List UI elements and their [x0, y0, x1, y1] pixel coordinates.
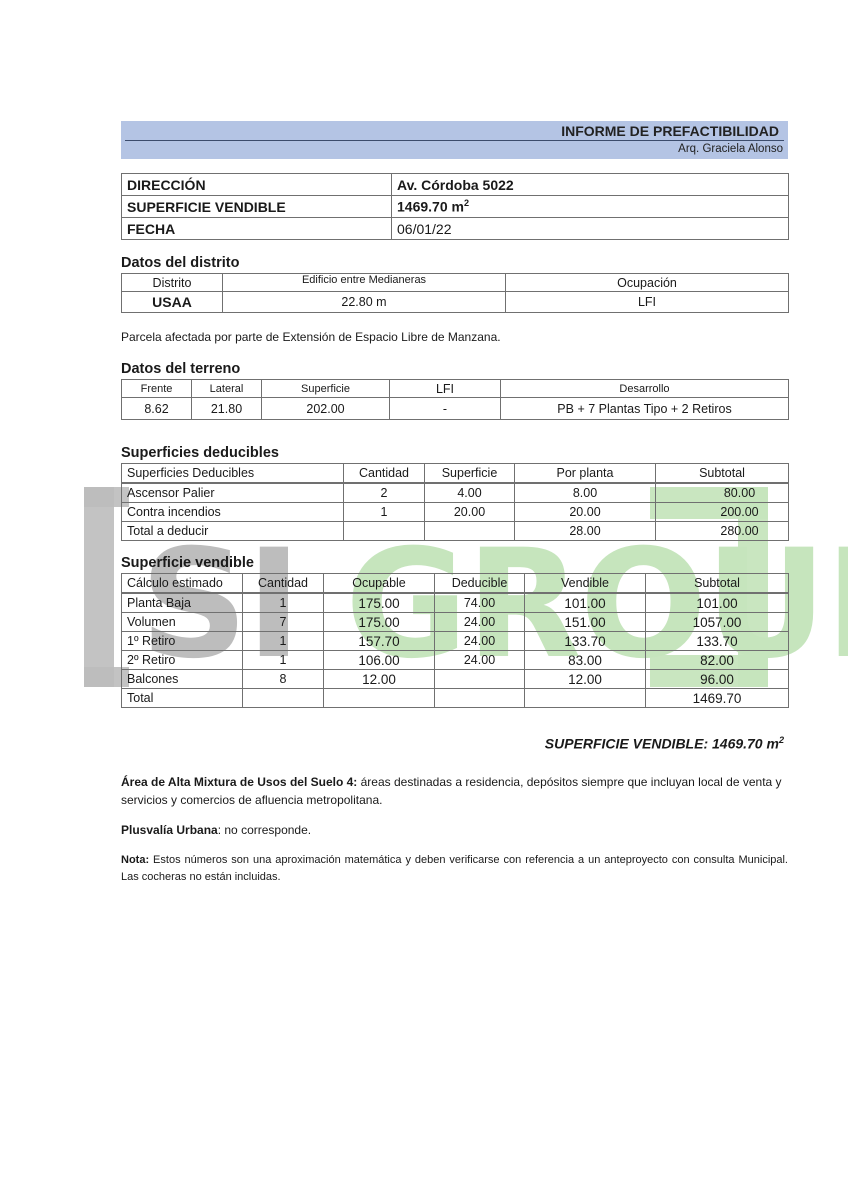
cell: 1469.70 — [646, 689, 789, 708]
vendible-table: Cálculo estimado Cantidad Ocupable Deduc… — [121, 573, 789, 708]
summary-row-fecha: FECHA 06/01/22 — [122, 218, 789, 240]
terreno-header: Lateral — [192, 380, 262, 398]
table-row: Contra incendios 1 20.00 20.00 200.00 — [122, 503, 789, 522]
summary-label: SUPERFICIE VENDIBLE — [122, 196, 392, 218]
cell: 83.00 — [525, 651, 646, 670]
terreno-value: 202.00 — [262, 398, 390, 420]
cell: 1 — [344, 503, 425, 522]
section-title-distrito: Datos del distrito — [121, 255, 239, 271]
terreno-value: 21.80 — [192, 398, 262, 420]
cell: 96.00 — [646, 670, 789, 689]
report-author: Arq. Graciela Alonso — [678, 143, 783, 155]
cell: 1 — [243, 632, 324, 651]
section-title-deducibles: Superficies deducibles — [121, 445, 279, 461]
section-title-vendible: Superficie vendible — [121, 555, 254, 571]
cell — [435, 670, 525, 689]
area-label: Área de Alta Mixtura de Usos del Suelo 4… — [121, 775, 357, 789]
table-row: Balcones 8 12.00 12.00 96.00 — [122, 670, 789, 689]
watermark-bracket-left — [84, 487, 114, 687]
distrito-value-row: USAA 22.80 m LFI — [122, 292, 789, 313]
cell: 101.00 — [525, 593, 646, 613]
distrito-header: Distrito — [122, 274, 223, 292]
table-row-total: Total a deducir 28.00 280.00 — [122, 522, 789, 541]
unit-superscript: 2 — [779, 735, 784, 745]
deducibles-header: Subtotal — [656, 464, 789, 484]
summary-row-superficie: SUPERFICIE VENDIBLE 1469.70 m2 — [122, 196, 789, 218]
cell: 2º Retiro — [122, 651, 243, 670]
section-title-terreno: Datos del terreno — [121, 361, 240, 377]
table-row: Planta Baja 1 175.00 74.00 101.00 101.00 — [122, 593, 789, 613]
cell: 82.00 — [646, 651, 789, 670]
cell: 175.00 — [324, 593, 435, 613]
distrito-table: Distrito Edificio entre Medianeras Ocupa… — [121, 273, 789, 313]
cell: 106.00 — [324, 651, 435, 670]
cell — [344, 522, 425, 541]
terreno-value-row: 8.62 21.80 202.00 - PB + 7 Plantas Tipo … — [122, 398, 789, 420]
distrito-header: Edificio entre Medianeras — [223, 274, 506, 292]
cell: Planta Baja — [122, 593, 243, 613]
cell — [435, 689, 525, 708]
superficie-vendible-total: SUPERFICIE VENDIBLE: 1469.70 m2 — [545, 735, 784, 752]
summary-table: DIRECCIÓN Av. Córdoba 5022 SUPERFICIE VE… — [121, 173, 789, 240]
plusvalia-text: : no corresponde. — [218, 823, 311, 837]
cell — [324, 689, 435, 708]
distrito-note: Parcela afectada por parte de Extensión … — [121, 328, 788, 346]
deducibles-header: Cantidad — [344, 464, 425, 484]
cell: Total — [122, 689, 243, 708]
table-row: 1º Retiro 1 157.70 24.00 133.70 133.70 — [122, 632, 789, 651]
cell: 151.00 — [525, 613, 646, 632]
cell — [425, 522, 515, 541]
deducibles-header: Por planta — [515, 464, 656, 484]
cell: 133.70 — [646, 632, 789, 651]
table-row: Volumen 7 175.00 24.00 151.00 1057.00 — [122, 613, 789, 632]
cell: 157.70 — [324, 632, 435, 651]
summary-value: 06/01/22 — [392, 218, 789, 240]
cell: 8 — [243, 670, 324, 689]
distrito-header-row: Distrito Edificio entre Medianeras Ocupa… — [122, 274, 789, 292]
cell: 24.00 — [435, 632, 525, 651]
cell: 2 — [344, 483, 425, 503]
deducibles-header: Superficies Deducibles — [122, 464, 344, 484]
cell: Contra incendios — [122, 503, 344, 522]
table-row: 2º Retiro 1 106.00 24.00 83.00 82.00 — [122, 651, 789, 670]
total-text: SUPERFICIE VENDIBLE: 1469.70 m — [545, 736, 779, 752]
cell: 1057.00 — [646, 613, 789, 632]
cell: 1º Retiro — [122, 632, 243, 651]
cell: 20.00 — [425, 503, 515, 522]
cell: 24.00 — [435, 613, 525, 632]
paragraph-nota: Nota: Estos números son una aproximación… — [121, 852, 788, 886]
cell: Balcones — [122, 670, 243, 689]
paragraph-area: Área de Alta Mixtura de Usos del Suelo 4… — [121, 773, 788, 809]
terreno-header: LFI — [390, 380, 501, 398]
cell — [243, 689, 324, 708]
terreno-header: Desarrollo — [501, 380, 789, 398]
terreno-header: Superficie — [262, 380, 390, 398]
cell: 80.00 — [656, 483, 789, 503]
cell: 101.00 — [646, 593, 789, 613]
distrito-header: Ocupación — [506, 274, 789, 292]
cell: 8.00 — [515, 483, 656, 503]
terreno-header: Frente — [122, 380, 192, 398]
terreno-header-row: Frente Lateral Superficie LFI Desarrollo — [122, 380, 789, 398]
cell: 12.00 — [324, 670, 435, 689]
distrito-value: USAA — [122, 292, 223, 313]
vendible-header: Subtotal — [646, 574, 789, 594]
cell: Volumen — [122, 613, 243, 632]
cell: 28.00 — [515, 522, 656, 541]
cell: 1 — [243, 651, 324, 670]
table-row-total: Total 1469.70 — [122, 689, 789, 708]
distrito-value: 22.80 m — [223, 292, 506, 313]
nota-text: Estos números son una aproximación matem… — [121, 854, 788, 883]
summary-label: DIRECCIÓN — [122, 174, 392, 196]
report-header: INFORME DE PREFACTIBILIDAD Arq. Graciela… — [121, 121, 788, 159]
terreno-value: PB + 7 Plantas Tipo + 2 Retiros — [501, 398, 789, 420]
cell: Ascensor Palier — [122, 483, 344, 503]
cell: Total a deducir — [122, 522, 344, 541]
vendible-header-row: Cálculo estimado Cantidad Ocupable Deduc… — [122, 574, 789, 594]
vendible-header: Cálculo estimado — [122, 574, 243, 594]
paragraph-plusvalia: Plusvalía Urbana: no corresponde. — [121, 821, 788, 839]
distrito-value: LFI — [506, 292, 789, 313]
plusvalia-label: Plusvalía Urbana — [121, 823, 218, 837]
cell: 7 — [243, 613, 324, 632]
deducibles-header-row: Superficies Deducibles Cantidad Superfic… — [122, 464, 789, 484]
summary-value-text: 1469.70 m — [397, 199, 464, 215]
terreno-value: 8.62 — [122, 398, 192, 420]
header-rule — [125, 140, 784, 141]
deducibles-table: Superficies Deducibles Cantidad Superfic… — [121, 463, 789, 541]
summary-label: FECHA — [122, 218, 392, 240]
cell: 24.00 — [435, 651, 525, 670]
terreno-table: Frente Lateral Superficie LFI Desarrollo… — [121, 379, 789, 420]
unit-superscript: 2 — [464, 198, 469, 208]
deducibles-header: Superficie — [425, 464, 515, 484]
cell: 175.00 — [324, 613, 435, 632]
vendible-header: Cantidad — [243, 574, 324, 594]
cell: 133.70 — [525, 632, 646, 651]
vendible-header: Vendible — [525, 574, 646, 594]
vendible-header: Ocupable — [324, 574, 435, 594]
summary-row-direccion: DIRECCIÓN Av. Córdoba 5022 — [122, 174, 789, 196]
cell: 200.00 — [656, 503, 789, 522]
cell: 1 — [243, 593, 324, 613]
cell: 20.00 — [515, 503, 656, 522]
summary-value: 1469.70 m2 — [392, 196, 789, 218]
summary-value: Av. Córdoba 5022 — [392, 174, 789, 196]
vendible-header: Deducible — [435, 574, 525, 594]
cell: 280.00 — [656, 522, 789, 541]
cell: 74.00 — [435, 593, 525, 613]
table-row: Ascensor Palier 2 4.00 8.00 80.00 — [122, 483, 789, 503]
report-title: INFORME DE PREFACTIBILIDAD — [561, 123, 779, 139]
terreno-value: - — [390, 398, 501, 420]
cell: 12.00 — [525, 670, 646, 689]
nota-label: Nota: — [121, 854, 149, 866]
cell — [525, 689, 646, 708]
cell: 4.00 — [425, 483, 515, 503]
